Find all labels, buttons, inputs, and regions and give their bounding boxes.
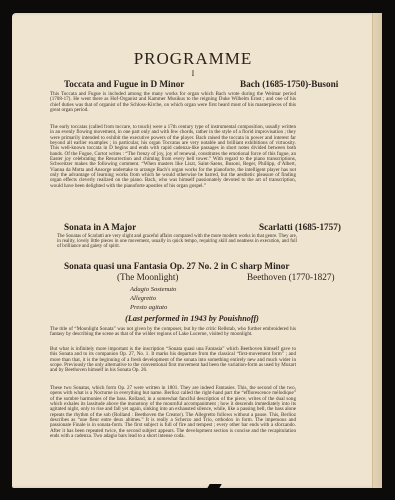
page-tear bbox=[206, 484, 221, 490]
bach-paragraph-1: This Toccata and Fugue is included among… bbox=[50, 92, 296, 113]
movement-2: Allegretto bbox=[130, 295, 395, 302]
scarlatti-paragraph: The Sonatas of Scarlatti are very slight… bbox=[57, 234, 297, 249]
movement-3: Presto agitato bbox=[130, 304, 395, 311]
composer-beethoven: Beethoven (1770-1827) bbox=[247, 272, 335, 282]
beethoven-paragraph-3: These two Sonatas, which form Op. 27 wer… bbox=[50, 386, 296, 439]
composer-scarlatti: Scarlatti (1685-1757) bbox=[259, 222, 341, 232]
programme-page: PROGRAMME I Toccata and Fugue in D Minor… bbox=[12, 13, 382, 488]
bach-paragraph-2: The early toccatas (called from toccare,… bbox=[50, 125, 296, 189]
composer-bach: Bach (1685-1750)-Busoni bbox=[240, 79, 338, 89]
page-title: PROGRAMME bbox=[12, 49, 374, 69]
work-title-scarlatti: Sonata in A Major bbox=[64, 222, 136, 232]
movement-1: Adagio Sostenuto bbox=[130, 286, 395, 293]
part-number: I bbox=[12, 69, 374, 78]
work-title-beethoven: Sonata quasi una Fantasia Op. 27 No. 2 i… bbox=[64, 261, 289, 271]
work-title-bach: Toccata and Fugue in D Minor bbox=[64, 79, 184, 89]
last-performed-note: (Last performed in 1943 by Pouishnoff) bbox=[32, 314, 352, 323]
page-fold-edge bbox=[372, 13, 382, 488]
beethoven-paragraph-2: But what is infinitely more important is… bbox=[50, 347, 296, 374]
work-subtitle-beethoven: (The Moonlight) bbox=[117, 272, 179, 282]
beethoven-paragraph-1: The title of “Moonlight Sonata” was not … bbox=[50, 327, 296, 338]
